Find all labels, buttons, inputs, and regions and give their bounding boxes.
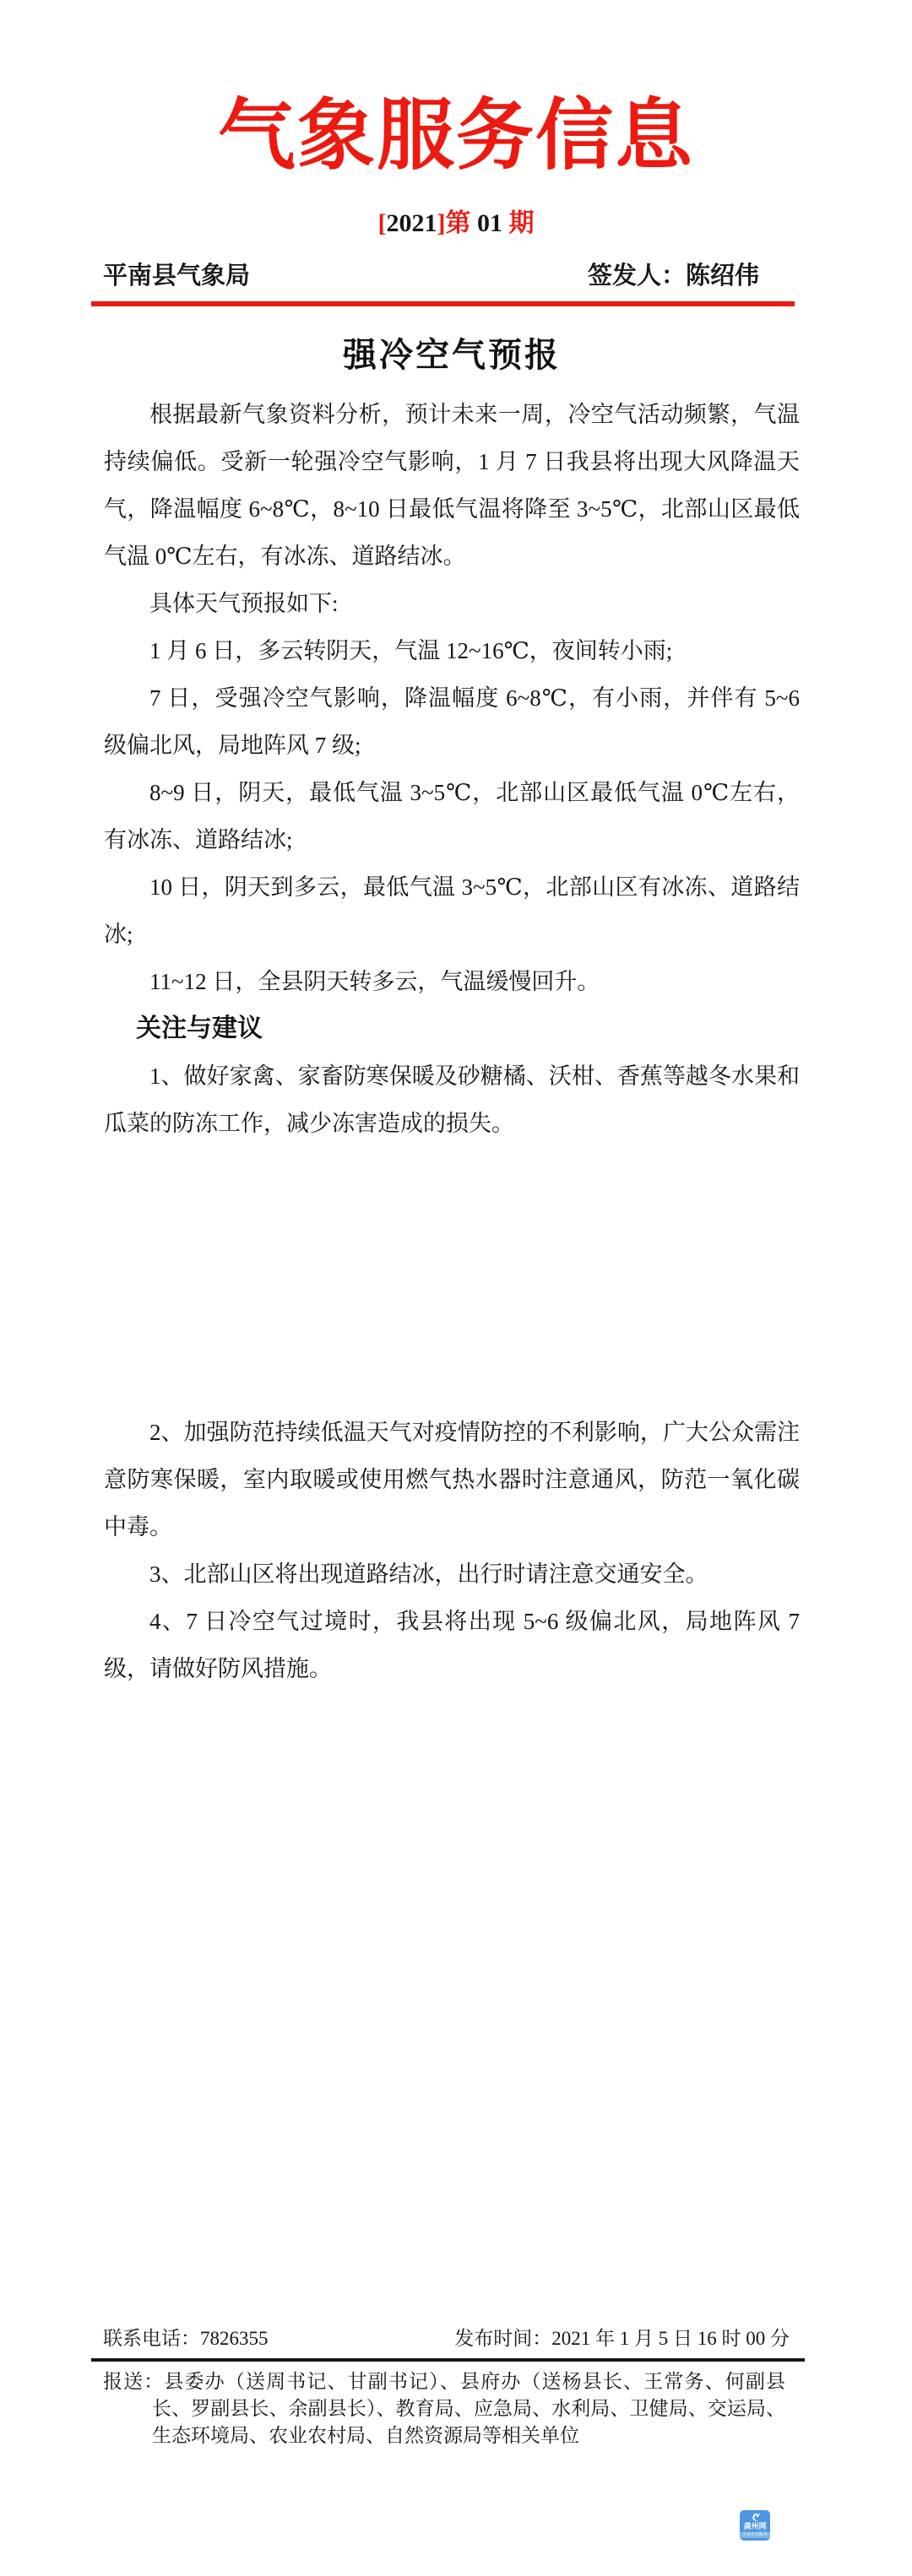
contact-phone-label: 联系电话： — [103, 2326, 200, 2351]
document-page: 气象服务信息 [2021]第 01 期 平南县气象局 签发人：陈绍伟 强冷空气预… — [0, 0, 912, 2576]
section-heading: 关注与建议 — [104, 1005, 800, 1053]
paragraph: 2、加强防范持续低温天气对疫情防控的不利影响，广大公众需注意防寒保暖，室内取暖或… — [104, 1409, 800, 1550]
document-header-row: 平南县气象局 签发人：陈绍伟 — [103, 262, 759, 290]
red-divider-line — [91, 301, 795, 306]
issue-line: [2021]第 01 期 — [0, 210, 912, 237]
paragraph: 具体天气预报如下: — [104, 580, 800, 627]
issue-segment: ]第 — [437, 209, 471, 237]
paragraph: 3、北部山区将出现道路结冰，出行时请注意交通安全。 — [104, 1550, 800, 1598]
paragraph: 11~12 日，全县阴天转多云，气温缓慢回升。 — [104, 958, 800, 1005]
footer-divider-line — [91, 2358, 805, 2362]
paragraph: 10 日，阴天到多云，最低气温 3~5℃，北部山区有冰冻、道路结冰; — [104, 863, 800, 958]
paragraph: 1 月 6 日，多云转阴天，气温 12~16℃，夜间转小雨; — [104, 627, 800, 674]
paragraph: 8~9 日，阴天，最低气温 3~5℃，北部山区最低气温 0℃左右，有冰冻、道路结… — [104, 769, 800, 863]
issuing-org: 平南县气象局 — [103, 262, 250, 290]
document-title: 强冷空气预报 — [104, 332, 800, 379]
paragraph: 4、7 日冷空气过境时，我县将出现 5~6 级偏北风，局地阵风 7 级，请做好防… — [104, 1598, 800, 1692]
publish-time: 发布时间：2021 年 1 月 5 日 16 时 00 分 — [454, 2326, 790, 2351]
issue-segment: 01 — [471, 209, 509, 237]
issue-segment: 期 — [509, 209, 535, 237]
document-body: 根据最新气象资料分析，预计未来一周，冷空气活动频繁，气温持续偏低。受新一轮强冷空… — [104, 391, 800, 1692]
distribution-list: 报送：县委办（送周书记、甘副书记）、县府办（送杨县长、王常务、何副县长、罗副县长… — [103, 2368, 785, 2449]
document-footer: 联系电话： 7826355 发布时间：2021 年 1 月 5 日 16 时 0… — [0, 2326, 912, 2449]
signer: 签发人：陈绍伟 — [588, 262, 759, 290]
logo-subtitle: 平南生活服务 — [740, 2532, 770, 2538]
masthead-title: 气象服务信息 — [0, 97, 912, 175]
contact-phone-value: 7826355 — [200, 2326, 269, 2351]
paragraph: 根据最新气象资料分析，预计未来一周，冷空气活动频繁，气温持续偏低。受新一轮强冷空… — [104, 391, 800, 580]
contact-row: 联系电话： 7826355 发布时间：2021 年 1 月 5 日 16 时 0… — [103, 2326, 790, 2351]
paragraph: 1、做好家禽、家畜防寒保暖及砂糖橘、沃柑、香蕉等越冬水果和瓜菜的防冻工作，减少冻… — [104, 1053, 800, 1147]
logo-name: 龚州网 — [740, 2523, 770, 2530]
issue-segment: [ — [378, 209, 387, 237]
gongzhou-watermark-logo: 龚州网 平南生活服务 — [740, 2510, 770, 2541]
issue-segment: 2021 — [387, 209, 437, 237]
paragraph: 7 日，受强冷空气影响，降温幅度 6~8℃，有小雨，并伴有 5~6 级偏北风，局… — [104, 674, 800, 769]
